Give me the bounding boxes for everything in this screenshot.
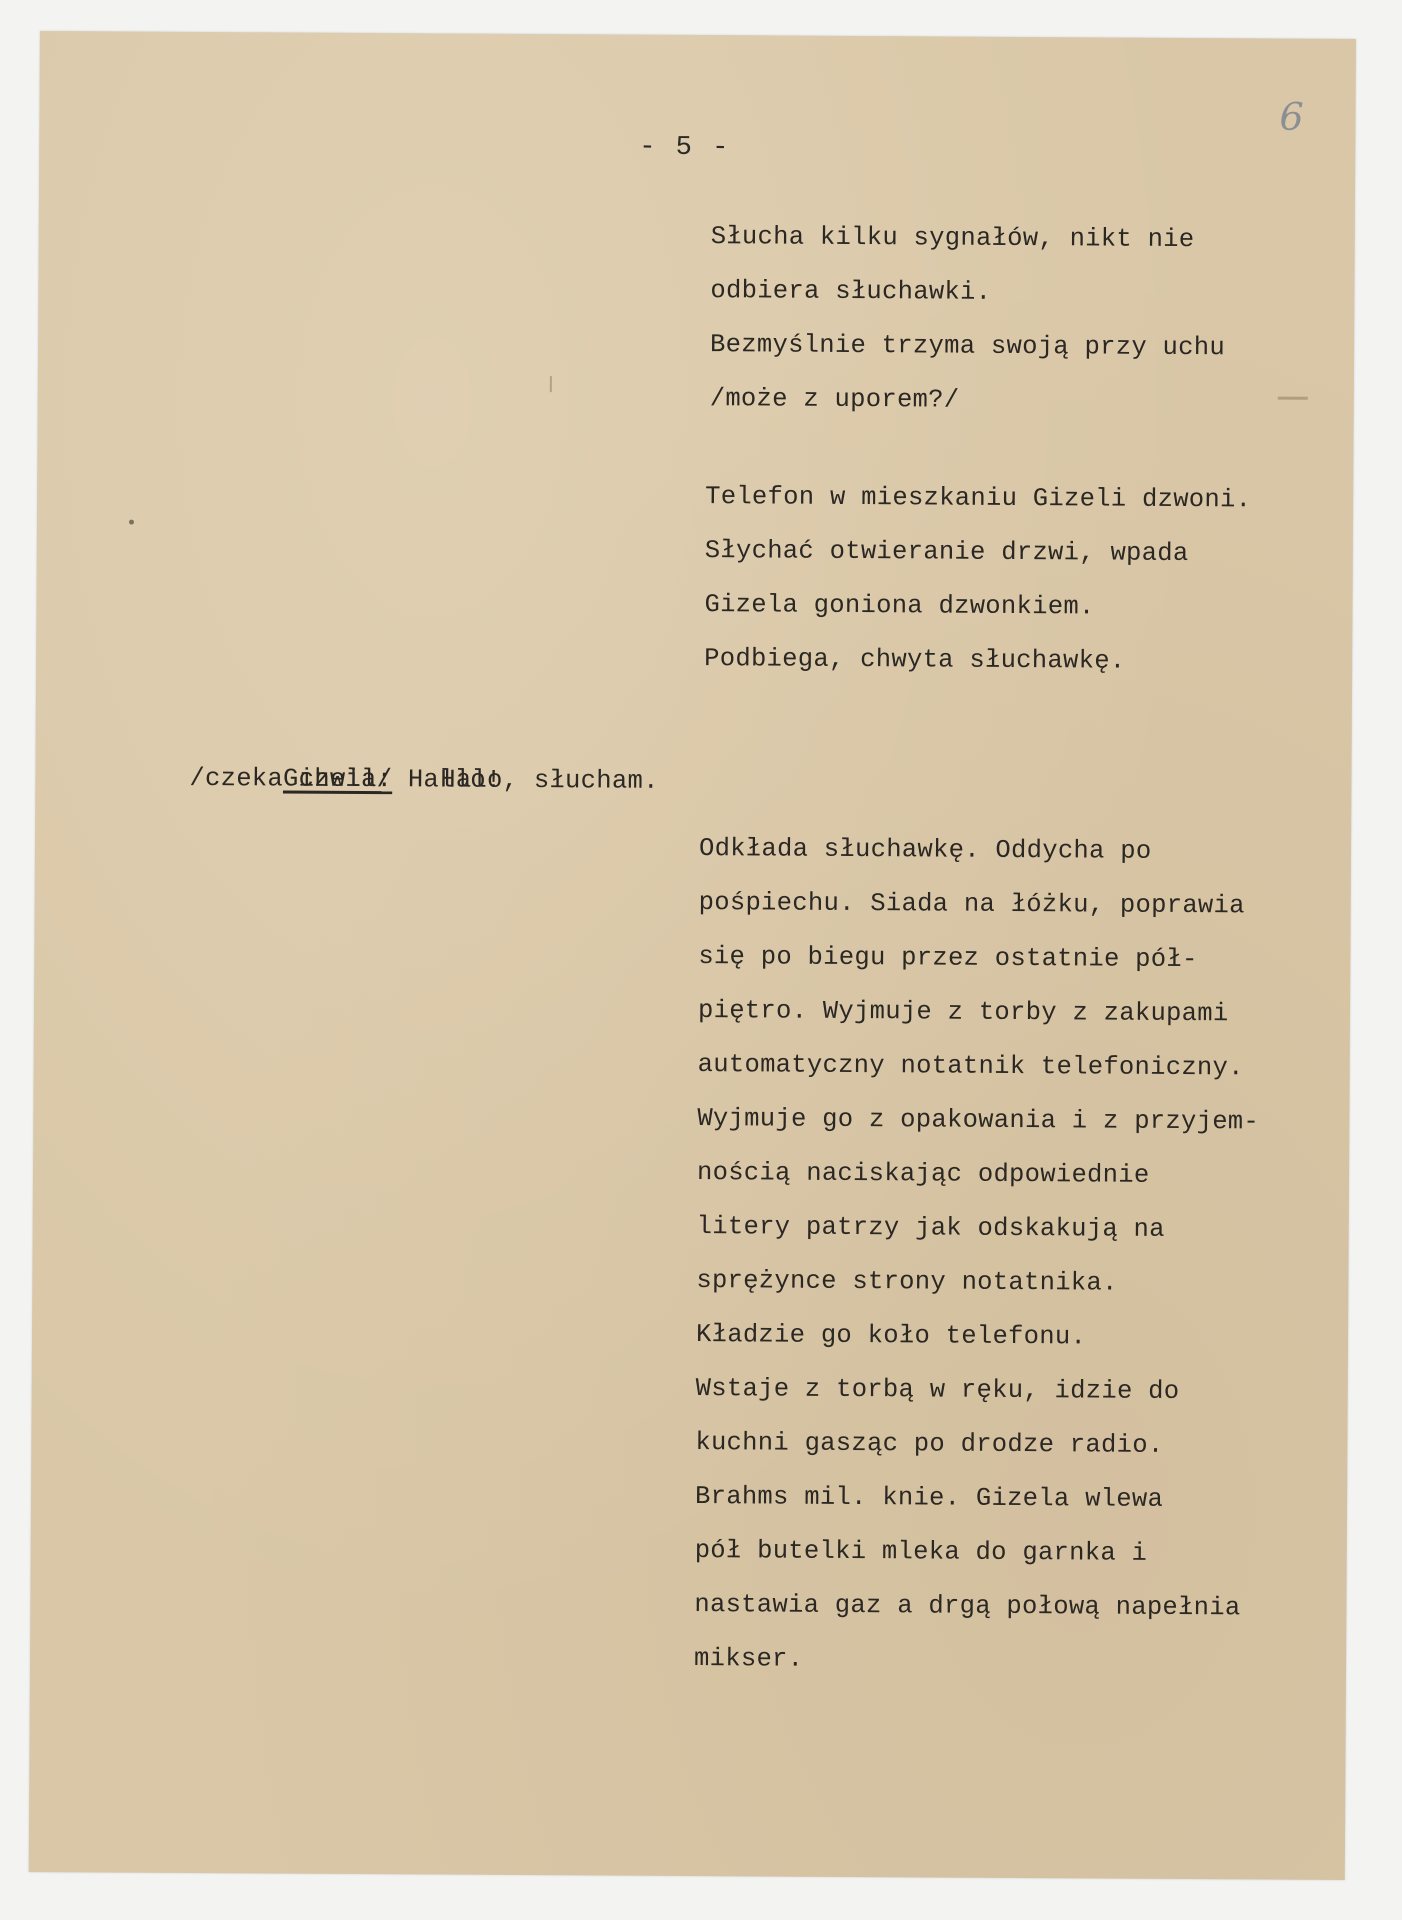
text-line: Wyjmuje go z opakowania i z przyjem- bbox=[697, 1092, 1259, 1149]
text-line: Wstaje z torbą w ręku, idzie do bbox=[696, 1362, 1258, 1419]
text-line: Bezmyślnie trzyma swoją przy uchu bbox=[710, 318, 1225, 375]
text-line: automatyczny notatnik telefoniczny. bbox=[698, 1038, 1260, 1095]
text-line: Kładzie go koło telefonu. bbox=[696, 1308, 1258, 1365]
text-line: Brahms mil. knie. Gizela wlewa bbox=[695, 1470, 1257, 1527]
text-line: odbiera słuchawki. bbox=[710, 264, 1225, 321]
text-line: Słucha kilku sygnałów, nikt nie bbox=[711, 210, 1226, 267]
text-line: litery patrzy jak odskakują na bbox=[697, 1200, 1259, 1257]
paper-mark bbox=[550, 376, 552, 392]
text-line: kuchni gasząc po drodze radio. bbox=[695, 1416, 1257, 1473]
handwritten-page-number: 6 bbox=[1279, 95, 1303, 139]
text-line: piętro. Wyjmuje z torby z zakupami bbox=[698, 984, 1260, 1041]
text-line: pośpiechu. Siada na łóżku, poprawia bbox=[699, 876, 1261, 933]
text-line: Słychać otwieranie drzwi, wpada bbox=[705, 524, 1251, 581]
paper-stain bbox=[1278, 397, 1308, 400]
dialogue-gizela: Gizela:Halo, słucham. /czeka chwil/ Hall… bbox=[189, 698, 659, 809]
stage-direction-3: Odkłada słuchawkę. Oddycha po pośpiechu.… bbox=[694, 822, 1261, 1689]
text-line: mikser. bbox=[694, 1632, 1256, 1689]
text-line: Podbiega, chwyta słuchawkę. bbox=[704, 632, 1250, 689]
typewritten-page: - 5 - 6 Słucha kilku sygnałów, nikt nie … bbox=[29, 31, 1356, 1880]
text-line: sprężynce strony notatnika. bbox=[696, 1254, 1258, 1311]
page-number: - 5 - bbox=[639, 133, 730, 164]
text-line: /może z uporem?/ bbox=[710, 372, 1225, 429]
text-line: pół butelki mleka do garnka i bbox=[695, 1524, 1257, 1581]
text-line: nością naciskając odpowiednie bbox=[697, 1146, 1259, 1203]
text-line: Odkłada słuchawkę. Oddycha po bbox=[699, 822, 1261, 879]
stage-direction-2: Telefon w mieszkaniu Gizeli dzwoni. Słyc… bbox=[704, 470, 1251, 689]
text-line: Telefon w mieszkaniu Gizeli dzwoni. bbox=[705, 470, 1251, 527]
paper-speck bbox=[129, 520, 134, 525]
text-line: Gizela goniona dzwonkiem. bbox=[704, 578, 1250, 635]
text-line: nastawia gaz a drgą połową napełnia bbox=[694, 1578, 1256, 1635]
text-line: się po biegu przez ostatnie pół- bbox=[698, 930, 1260, 987]
stage-direction-1: Słucha kilku sygnałów, nikt nie odbiera … bbox=[710, 210, 1226, 429]
